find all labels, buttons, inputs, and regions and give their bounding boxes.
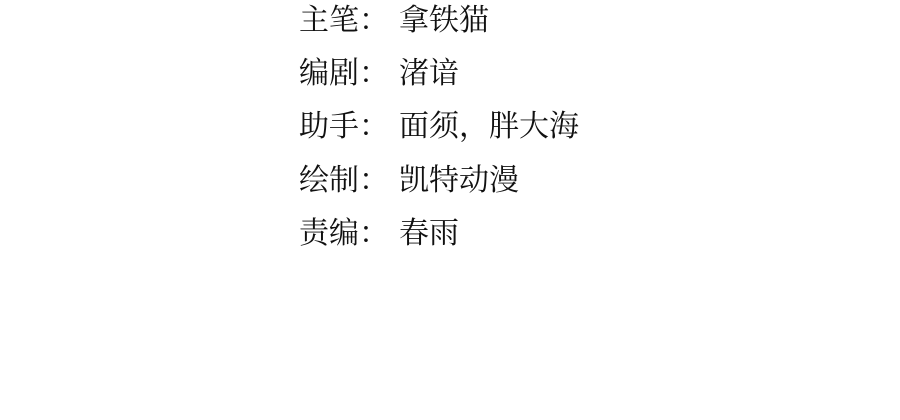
credit-separator: ： <box>359 0 399 43</box>
credit-separator: ： <box>359 159 399 203</box>
credit-separator: ： <box>359 105 399 149</box>
credit-role: 编剧 <box>299 52 359 96</box>
credit-separator: ： <box>359 52 399 96</box>
credit-name: 渚谙 <box>399 52 459 96</box>
credit-name: 春雨 <box>399 212 459 256</box>
credit-role: 绘制 <box>299 159 359 203</box>
credit-role: 责编 <box>299 212 359 256</box>
credit-name: 拿铁猫 <box>399 0 489 43</box>
credit-separator: ： <box>359 212 399 256</box>
credit-line-screenwriter: 编剧：渚谙 <box>299 47 579 100</box>
credit-line-editor: 责编：春雨 <box>299 207 579 260</box>
credit-line-lead-artist: 主笔：拿铁猫 <box>299 0 579 47</box>
credit-name: 面须，胖大海 <box>399 105 579 149</box>
credit-role: 主笔 <box>299 0 359 43</box>
credit-name: 凯特动漫 <box>399 159 519 203</box>
credits-list: 主笔：拿铁猫 编剧：渚谙 助手：面须，胖大海 绘制：凯特动漫 责编：春雨 <box>299 0 579 260</box>
credit-role: 助手 <box>299 105 359 149</box>
credit-line-production: 绘制：凯特动漫 <box>299 154 579 207</box>
credit-line-assistants: 助手：面须，胖大海 <box>299 101 579 154</box>
